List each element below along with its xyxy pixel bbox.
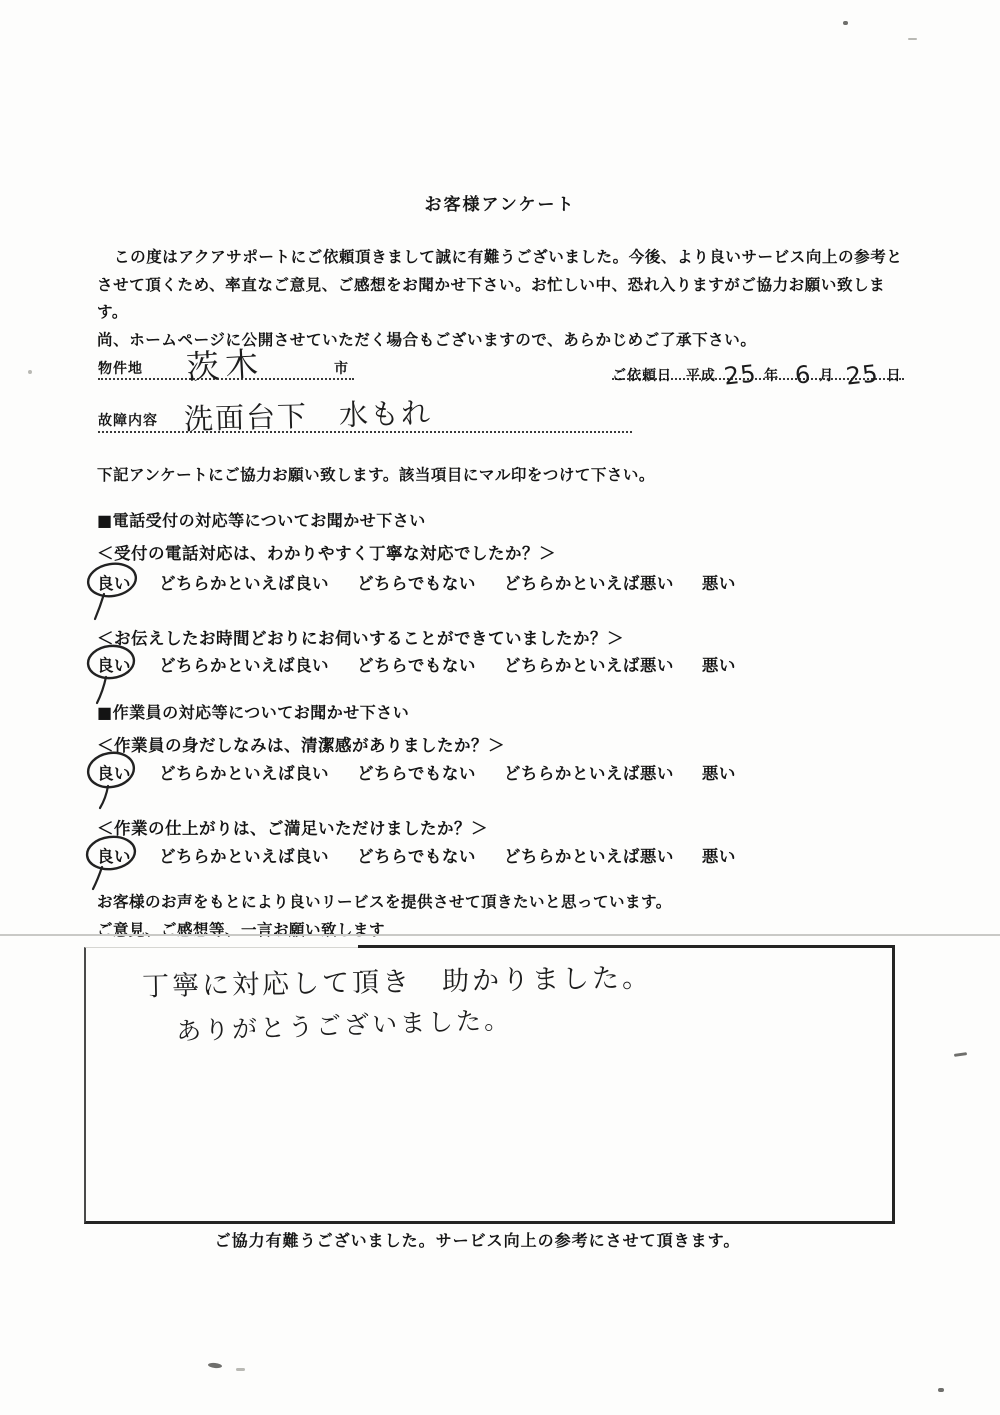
- day-suffix: 日: [887, 368, 902, 384]
- closing-line: お客様のお声をもとにより良いリービスを提供させて頂きたいと思っています。: [97, 888, 672, 916]
- scan-artifact-line: [0, 934, 1000, 936]
- property-location-handwritten-value: 茨木: [185, 338, 265, 389]
- option-label: どちらかといえば悪い: [504, 760, 674, 784]
- year-suffix: 年: [764, 368, 779, 384]
- option-label: どちらかといえば良い: [159, 652, 329, 676]
- scan-speck: [938, 1388, 944, 1392]
- handwritten-circle-icon: [86, 643, 140, 707]
- question-prompt: ＜作業員の身だしなみは、清潔感がありましたか？＞: [97, 732, 505, 756]
- option-label: どちらでもない: [357, 760, 476, 784]
- option-selected: 良い: [97, 760, 131, 784]
- question-prompt: ＜受付の電話対応は、わかりやすく丁寧な対応でしたか？＞: [97, 540, 556, 564]
- answer-options-row: 良い どちらかといえば良い どちらでもない どちらかといえば悪い 悪い: [97, 570, 736, 594]
- footer-thanks-line: ご協力有難うございました。サービス向上の参考にさせて頂きます。: [0, 1228, 955, 1251]
- option-label: 悪い: [702, 652, 736, 676]
- scan-speck: [208, 1362, 222, 1368]
- section-heading-phone: ■電話受付の対応等についてお聞かせ下さい: [97, 508, 426, 531]
- issue-description-field: 故障内容 洗面台下 水もれ: [98, 400, 632, 433]
- option-label: 良い: [97, 574, 131, 593]
- handwritten-comment-line: 丁寧に対応して頂き 助かりました。: [142, 956, 653, 1004]
- scan-speck: [843, 21, 848, 25]
- option-label: どちらでもない: [357, 652, 476, 676]
- scanned-survey-page: お客様アンケート この度はアクアサポートにご依頼頂きまして誠に有難うございました…: [0, 0, 1000, 1415]
- property-location-suffix: 市: [334, 358, 349, 378]
- scan-speck: [908, 38, 917, 40]
- option-selected: 良い: [97, 570, 131, 594]
- comment-box: 丁寧に対応して頂き 助かりました。 ありがとうございました。: [84, 947, 895, 1224]
- year-handwritten-value: 25: [722, 359, 757, 390]
- option-label: 悪い: [702, 843, 736, 867]
- day-handwritten-value: 25: [845, 359, 880, 390]
- option-label: どちらでもない: [357, 843, 476, 867]
- issue-description-handwritten-value: 洗面台下 水もれ: [184, 391, 433, 438]
- month-handwritten-value: 6: [794, 360, 813, 390]
- option-label: どちらでもない: [357, 570, 476, 594]
- property-location-label: 物件地: [98, 358, 143, 378]
- era-label: 平成: [686, 368, 716, 384]
- question-prompt: ＜作業の仕上がりは、ご満足いただけましたか？＞: [97, 815, 488, 839]
- section-heading-staff: ■作業員の対応等についてお聞かせ下さい: [97, 700, 409, 723]
- option-label: 悪い: [702, 760, 736, 784]
- scan-speck: [28, 370, 32, 374]
- option-label: どちらかといえば悪い: [504, 570, 674, 594]
- handwritten-circle-icon: [86, 561, 140, 625]
- option-label: 良い: [97, 764, 131, 783]
- option-label: 悪い: [702, 570, 736, 594]
- issue-description-label: 故障内容: [98, 410, 158, 430]
- request-date-label: ご依頼日: [612, 368, 672, 384]
- property-location-field: 物件地 茨木 市: [98, 350, 354, 380]
- request-date-field: ご依頼日 平成 25 年 6 月 25 日: [612, 350, 904, 380]
- scan-speck: [954, 1052, 967, 1057]
- option-label: 良い: [97, 656, 131, 675]
- month-suffix: 月: [819, 368, 834, 384]
- answer-options-row: 良い どちらかといえば良い どちらでもない どちらかといえば悪い 悪い: [97, 652, 736, 676]
- scan-speck: [236, 1368, 245, 1371]
- closing-line: ご意見、ご感想等、一言お願い致します: [97, 916, 672, 944]
- request-date-row: ご依頼日 平成 25 年 6 月 25 日: [612, 358, 902, 386]
- handwritten-circle-icon: [86, 751, 140, 815]
- answer-options-row: 良い どちらかといえば良い どちらでもない どちらかといえば悪い 悪い: [97, 760, 736, 784]
- intro-paragraph: この度はアクアサポートにご依頼頂きまして誠に有難うございました。今後、より良いサ…: [97, 244, 909, 354]
- intro-line: させて頂くため、率直なご意見、ご感想をお聞かせ下さい。お忙しい中、恐れ入りますが…: [97, 272, 909, 327]
- intro-line: この度はアクアサポートにご依頼頂きまして誠に有難うございました。今後、より良いサ…: [97, 244, 909, 272]
- option-label: どちらかといえば悪い: [504, 843, 674, 867]
- survey-instruction: 下記アンケートにご協力お願い致します。該当項目にマル印をつけて下さい。: [97, 463, 655, 485]
- handwritten-comment-line: ありがとうございました。: [175, 1000, 512, 1048]
- question-prompt: ＜お伝えしたお時間どおりにお伺いすることができていましたか？＞: [97, 625, 624, 649]
- option-label: どちらかといえば良い: [159, 843, 329, 867]
- option-label: 良い: [97, 847, 131, 866]
- option-label: どちらかといえば悪い: [504, 652, 674, 676]
- answer-options-row: 良い どちらかといえば良い どちらでもない どちらかといえば悪い 悪い: [97, 843, 736, 867]
- option-selected: 良い: [97, 843, 131, 867]
- option-selected: 良い: [97, 652, 131, 676]
- page-title: お客様アンケート: [0, 190, 1000, 215]
- option-label: どちらかといえば良い: [159, 760, 329, 784]
- option-label: どちらかといえば良い: [159, 570, 329, 594]
